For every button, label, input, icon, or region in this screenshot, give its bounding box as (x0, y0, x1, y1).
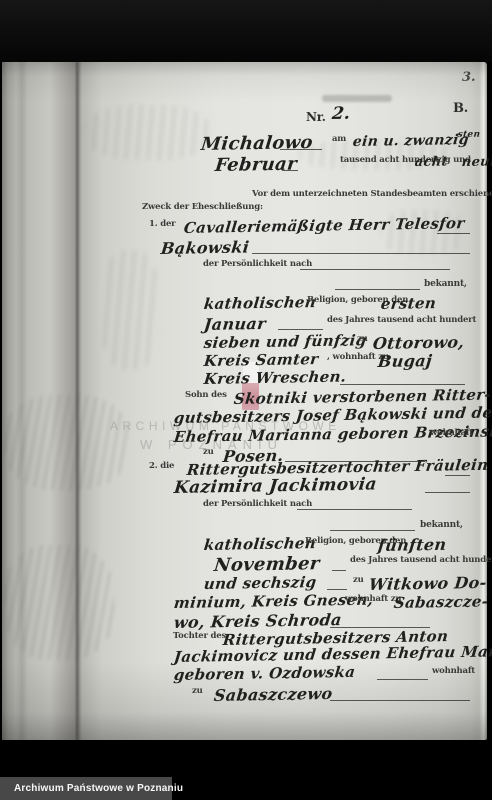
handwritten-entry: Kreis Wreschen. (203, 368, 347, 388)
printed-form-text: Zweck der Eheschließung: (142, 202, 263, 212)
printed-form-text: zu (203, 447, 214, 457)
handwritten-entry: und sechszig (203, 573, 317, 593)
handwritten-entry: neun (461, 154, 492, 170)
handwritten-entry: Kazimira Jackimovia (173, 474, 378, 498)
ink-rule (282, 169, 298, 171)
handwritten-entry: geboren v. Ozdowska (173, 663, 356, 684)
printed-form-text: zu (353, 575, 364, 585)
document-text-layer: Michalowoamein u. zwanzigstenFebruartaus… (0, 0, 492, 800)
handwritten-entry: Michalowo (200, 132, 314, 155)
printed-form-text: 1. der (149, 219, 175, 229)
archive-banner: Archiwum Państwowe w Poznaniu (0, 777, 172, 800)
printed-form-text: Sohn des (185, 390, 227, 400)
handwritten-entry: fünften (377, 535, 447, 555)
document-line: Kazimira Jackimovia (0, 478, 492, 500)
document-line: Februartausend acht hundertachtzig undne… (0, 155, 492, 177)
handwritten-entry: Bąkowski (160, 237, 250, 258)
handwritten-entry: Kreis Samter (203, 350, 319, 370)
printed-form-text: des Jahres tausend acht hundert (327, 315, 476, 325)
document-line: zuSabaszczewo (0, 686, 492, 708)
printed-form-text: wohnhaft (432, 666, 475, 676)
handwritten-entry: Februar (214, 154, 298, 176)
handwritten-entry: Witkowo Do- (368, 573, 488, 594)
ink-rule (445, 474, 470, 476)
ink-rule (335, 288, 420, 290)
document-line: der Persönlichkeit nach (0, 259, 492, 281)
ink-rule (437, 232, 470, 234)
printed-form-text: bekannt, (424, 279, 467, 289)
printed-form-text: wohnhaft (430, 428, 473, 438)
ink-rule (297, 508, 412, 510)
printed-form-text: der Persönlichkeit nach (203, 259, 312, 269)
scanned-document-viewer: ARCHIWUM PAŃSTWOWE W POZNANIU 3. B. Nr. … (0, 0, 492, 800)
handwritten-entry: katholischen (203, 293, 317, 313)
handwritten-entry: Ottorowo, (372, 332, 465, 353)
printed-form-text: zu (357, 334, 368, 344)
handwritten-entry: ein u. zwanzig (352, 132, 470, 150)
ink-rule (330, 529, 415, 531)
ink-rule (330, 699, 470, 701)
handwritten-entry: Sabaszczewo (213, 684, 334, 705)
ink-rule (340, 383, 465, 385)
printed-form-text: am (332, 134, 346, 144)
ink-rule (280, 148, 322, 150)
document-line: der Persönlichkeit nach (0, 499, 492, 521)
ink-rule (327, 588, 347, 590)
handwritten-entry: Sabaszcze- (393, 592, 489, 612)
printed-form-text: bekannt, (420, 520, 463, 530)
printed-form-text: Vor dem unterzeichneten Standesbeamten e… (252, 189, 492, 199)
ink-rule (425, 491, 470, 493)
handwritten-entry: ersten (380, 294, 437, 313)
printed-form-text: des Jahres tausend acht hundert (350, 555, 492, 565)
ink-rule (377, 678, 428, 680)
handwritten-entry: katholischen (203, 534, 317, 554)
handwritten-entry: Bugaj (377, 351, 433, 371)
handwritten-entry: sten (457, 130, 481, 140)
printed-form-text: der Persönlichkeit nach (203, 499, 312, 509)
archive-banner-label: Archiwum Państwowe w Poznaniu (0, 783, 183, 794)
ink-rule (252, 252, 470, 254)
printed-form-text: zu (192, 686, 203, 696)
ink-rule (300, 268, 450, 270)
printed-form-text: 2. die (149, 461, 174, 471)
document-line: Michalowoamein u. zwanzigsten (0, 134, 492, 156)
ink-rule (332, 569, 346, 571)
handwritten-entry: Januar (203, 314, 267, 334)
ink-rule (278, 328, 323, 330)
document-line: Bąkowski (0, 239, 492, 261)
handwritten-entry: sieben und fünfzig (203, 331, 367, 352)
handwritten-entry: Cavalleriemäßigte Herr Telesfor (183, 214, 466, 237)
printed-form-text: Tochter des (173, 631, 226, 641)
